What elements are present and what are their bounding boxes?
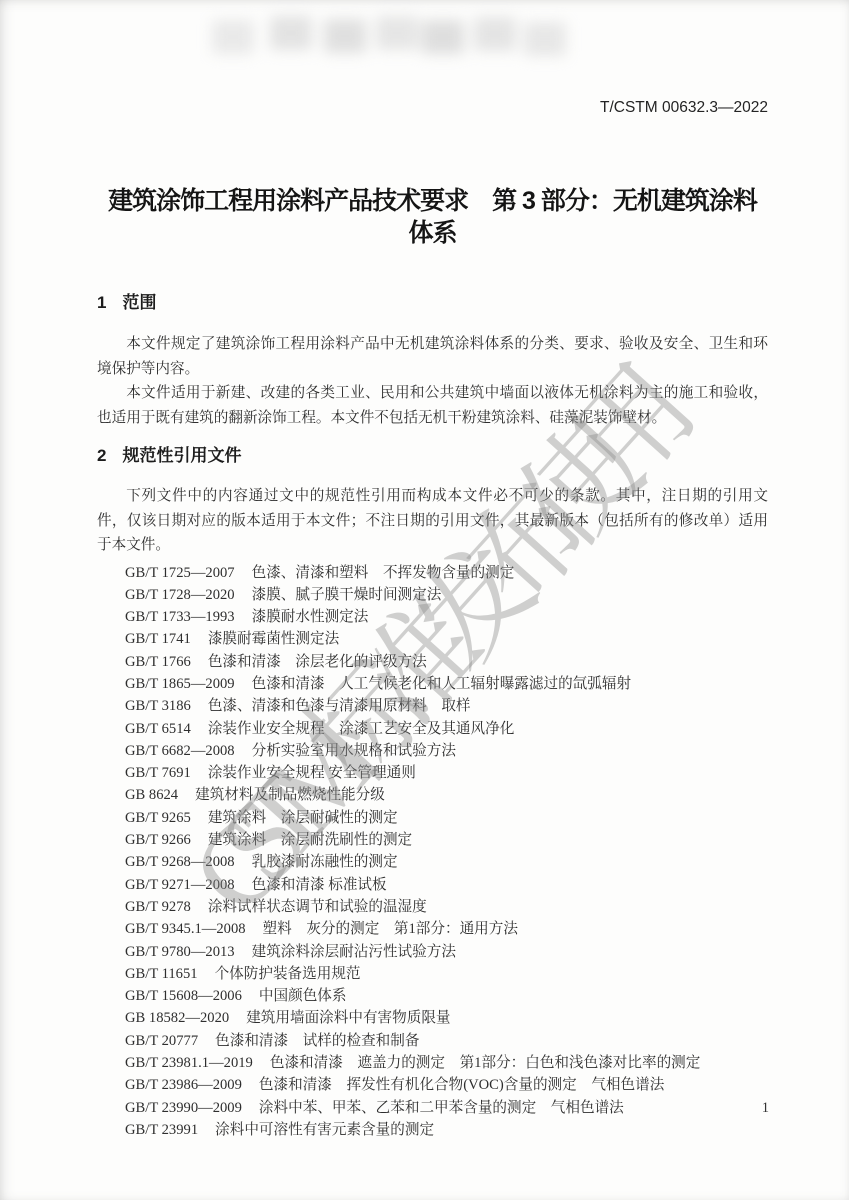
reference-title: 中国颜色体系 [259,988,347,1004]
reference-code: GB/T 20777 [125,1033,198,1049]
reference-title: 个体防护装备选用规范 [215,966,361,982]
reference-title: 漆膜、腻子膜干燥时间测定法 [252,587,442,603]
reference-title: 建筑涂料涂层耐沾污性试验方法 [252,944,456,960]
reference-title: 塑料 灰分的测定 第1部分：通用方法 [263,921,518,937]
section-2-heading: 2规范性引用文件 [97,446,768,466]
references-list: GB/T 1725—2007色漆、清漆和塑料 不挥发物含量的测定GB/T 172… [97,562,768,1142]
reference-item: GB/T 23990—2009涂料中苯、甲苯、乙苯和二甲苯含量的测定 气相色谱法 [125,1097,768,1119]
reference-title: 涂装作业安全规程 涂漆工艺安全及其通风净化 [208,721,514,737]
reference-item: GB/T 23986—2009色漆和清漆 挥发性有机化合物(VOC)含量的测定 … [125,1074,768,1096]
reference-item: GB/T 9345.1—2008塑料 灰分的测定 第1部分：通用方法 [125,918,768,940]
scope-paragraph: 本文件适用于新建、改建的各类工业、民用和公共建筑中墙面以液体无机涂料为主的施工和… [97,381,768,430]
reference-title: 色漆和清漆 标准试板 [252,877,387,893]
reference-code: GB/T 6514 [125,721,191,737]
reference-item: GB/T 23991涂料中可溶性有害元素含量的测定 [125,1119,768,1141]
reference-code: GB/T 23986—2009 [125,1077,242,1093]
section-1-heading: 1范围 [97,293,768,313]
references-intro: 下列文件中的内容通过文中的规范性引用而构成本文件必不可少的条款。其中，注日期的引… [97,484,768,558]
reference-code: GB/T 9780—2013 [125,944,235,960]
reference-code: GB/T 1733—1993 [125,609,235,625]
reference-code: GB/T 23991 [125,1122,198,1138]
reference-title: 涂料中苯、甲苯、乙苯和二甲苯含量的测定 气相色谱法 [259,1100,624,1116]
reference-item: GB/T 9265建筑涂料 涂层耐碱性的测定 [125,807,768,829]
reference-code: GB/T 9271—2008 [125,877,235,893]
reference-code: GB/T 1865—2009 [125,676,235,692]
section-1-label: 范围 [122,293,156,312]
reference-title: 漆膜耐水性测定法 [252,609,369,625]
reference-title: 色漆、清漆和塑料 不挥发物含量的测定 [252,565,515,581]
reference-item: GB/T 11651个体防护装备选用规范 [125,963,768,985]
reference-item: GB/T 9266建筑涂料 涂层耐洗刷性的测定 [125,829,768,851]
reference-title: 乳胶漆耐冻融性的测定 [252,854,398,870]
reference-item: GB/T 20777色漆和清漆 试样的检查和制备 [125,1030,768,1052]
reference-code: GB/T 1725—2007 [125,565,235,581]
reference-code: GB/T 9266 [125,832,191,848]
document-page: CSTM标准发布使用 T/CSTM 00632.3—2022 建筑涂饰工程用涂料… [0,0,849,1200]
section-2-number: 2 [97,446,106,465]
scope-paragraph: 本文件规定了建筑涂饰工程用涂料产品中无机建筑涂料体系的分类、要求、验收及安全、卫… [97,332,768,381]
reference-item: GB/T 6682—2008分析实验室用水规格和试验方法 [125,740,768,762]
reference-item: GB/T 9780—2013建筑涂料涂层耐沾污性试验方法 [125,941,768,963]
reference-code: GB/T 11651 [125,966,198,982]
reference-code: GB/T 7691 [125,765,191,781]
reference-item: GB/T 1728—2020漆膜、腻子膜干燥时间测定法 [125,584,768,606]
section-2-label: 规范性引用文件 [122,446,241,465]
reference-code: GB/T 9345.1—2008 [125,921,246,937]
reference-code: GB/T 6682—2008 [125,743,235,759]
reference-item: GB 8624建筑材料及制品燃烧性能分级 [125,784,768,806]
reference-item: GB/T 9271—2008色漆和清漆 标准试板 [125,874,768,896]
reference-code: GB 18582—2020 [125,1010,229,1026]
reference-title: 色漆、清漆和色漆与清漆用原材料 取样 [208,698,471,714]
reference-title: 建筑涂料 涂层耐洗刷性的测定 [208,832,412,848]
reference-title: 建筑材料及制品燃烧性能分级 [195,787,385,803]
reference-title: 涂装作业安全规程 安全管理通则 [208,765,416,781]
reference-item: GB/T 3186色漆、清漆和色漆与清漆用原材料 取样 [125,695,768,717]
reference-title: 涂料中可溶性有害元素含量的测定 [215,1122,434,1138]
reference-code: GB/T 23990—2009 [125,1100,242,1116]
reference-title: 色漆和清漆 挥发性有机化合物(VOC)含量的测定 气相色谱法 [259,1077,664,1093]
reference-code: GB 8624 [125,787,178,803]
reference-title: 分析实验室用水规格和试验方法 [252,743,456,759]
reference-title: 色漆和清漆 人工气候老化和人工辐射曝露滤过的氙弧辐射 [252,676,631,692]
reference-code: GB/T 23981.1—2019 [125,1055,253,1071]
reference-title: 色漆和清漆 试样的检查和制备 [215,1033,419,1049]
scope-paragraphs: 本文件规定了建筑涂饰工程用涂料产品中无机建筑涂料体系的分类、要求、验收及安全、卫… [97,332,768,430]
reference-item: GB/T 1865—2009色漆和清漆 人工气候老化和人工辐射曝露滤过的氙弧辐射 [125,673,768,695]
reference-code: GB/T 9278 [125,899,191,915]
page-bleed-artifact [270,16,312,50]
reference-title: 涂料试样状态调节和试验的温湿度 [208,899,427,915]
standard-number: T/CSTM 00632.3—2022 [97,99,768,117]
reference-item: GB/T 9278涂料试样状态调节和试验的温湿度 [125,896,768,918]
reference-item: GB/T 15608—2006中国颜色体系 [125,985,768,1007]
reference-code: GB/T 1728—2020 [125,587,235,603]
reference-item: GB/T 1741漆膜耐霉菌性测定法 [125,628,768,650]
section-1-number: 1 [97,293,106,312]
page-content: T/CSTM 00632.3—2022 建筑涂饰工程用涂料产品技术要求 第 3 … [0,99,849,1141]
page-number: 1 [762,1100,769,1117]
reference-item: GB/T 1725—2007色漆、清漆和塑料 不挥发物含量的测定 [125,562,768,584]
reference-item: GB/T 1766色漆和清漆 涂层老化的评级方法 [125,651,768,673]
reference-title: 色漆和清漆 遮盖力的测定 第1部分：白色和浅色漆对比率的测定 [270,1055,701,1071]
reference-title: 建筑用墙面涂料中有害物质限量 [246,1010,450,1026]
document-title: 建筑涂饰工程用涂料产品技术要求 第 3 部分：无机建筑涂料体系 [97,185,768,249]
reference-item: GB 18582—2020建筑用墙面涂料中有害物质限量 [125,1007,768,1029]
reference-code: GB/T 15608—2006 [125,988,242,1004]
reference-code: GB/T 9265 [125,810,191,826]
reference-item: GB/T 7691涂装作业安全规程 安全管理通则 [125,762,768,784]
reference-item: GB/T 6514涂装作业安全规程 涂漆工艺安全及其通风净化 [125,718,768,740]
reference-title: 色漆和清漆 涂层老化的评级方法 [208,654,427,670]
reference-item: GB/T 23981.1—2019色漆和清漆 遮盖力的测定 第1部分：白色和浅色… [125,1052,768,1074]
reference-item: GB/T 1733—1993漆膜耐水性测定法 [125,606,768,628]
reference-item: GB/T 9268—2008乳胶漆耐冻融性的测定 [125,851,768,873]
reference-code: GB/T 1741 [125,631,191,647]
reference-title: 漆膜耐霉菌性测定法 [208,631,339,647]
reference-code: GB/T 3186 [125,698,191,714]
reference-code: GB/T 9268—2008 [125,854,235,870]
reference-title: 建筑涂料 涂层耐碱性的测定 [208,810,398,826]
reference-code: GB/T 1766 [125,654,191,670]
